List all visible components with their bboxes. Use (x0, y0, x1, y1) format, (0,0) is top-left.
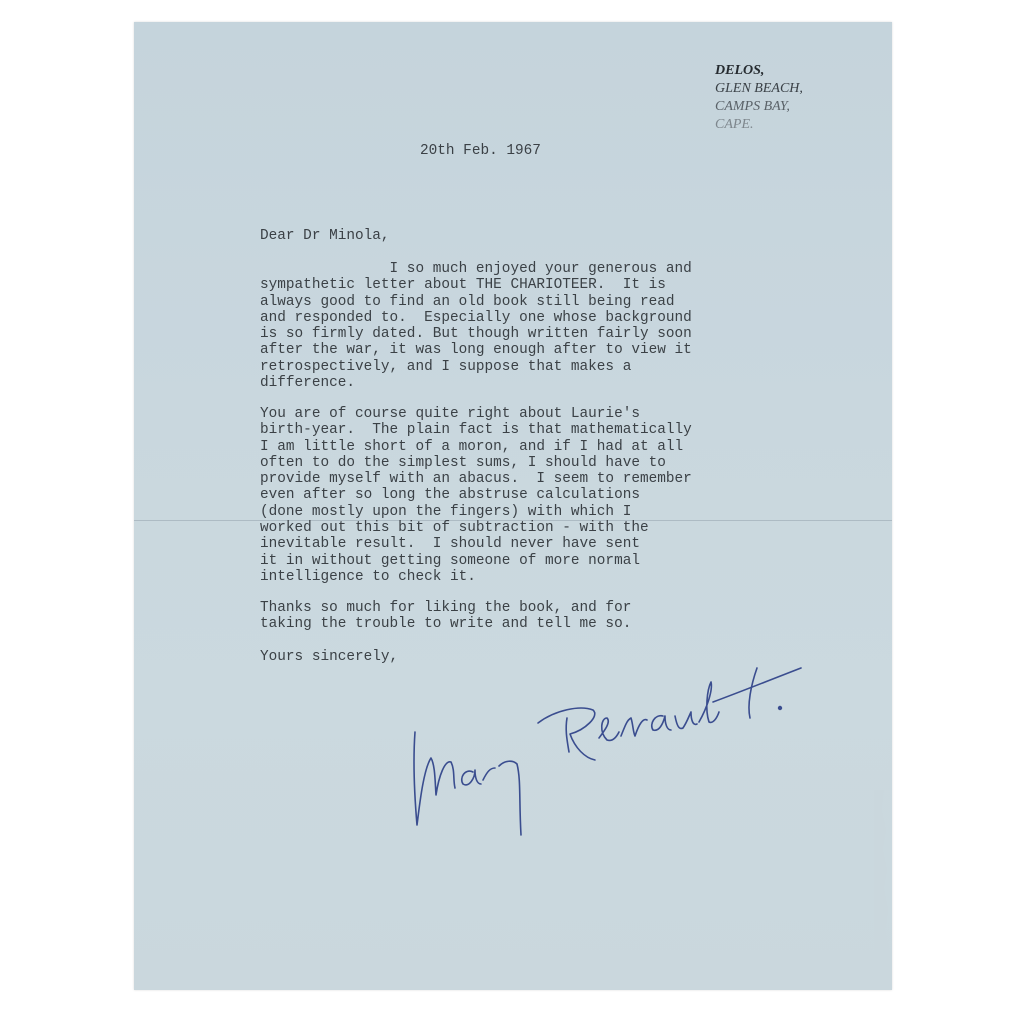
letter-date: 20th Feb. 1967 (420, 143, 541, 159)
letterhead-line: DELOS, (715, 62, 803, 80)
letterhead-line: GLEN BEACH, (715, 80, 803, 98)
paragraph-1: I so much enjoyed your generous and symp… (260, 261, 692, 391)
handwritten-signature: Mary Renault. (395, 660, 815, 840)
paragraph-2: You are of course quite right about Laur… (260, 406, 692, 585)
letterhead-line: CAMPS BAY, (715, 98, 803, 116)
salutation: Dear Dr Minola, (260, 228, 390, 244)
torn-edge (874, 790, 894, 990)
letterhead-address: DELOS, GLEN BEACH, CAMPS BAY, CAPE. (715, 62, 803, 134)
letterhead-line: CAPE. (715, 116, 803, 134)
closing: Yours sincerely, (260, 649, 398, 665)
paragraph-3: Thanks so much for liking the book, and … (260, 600, 631, 633)
